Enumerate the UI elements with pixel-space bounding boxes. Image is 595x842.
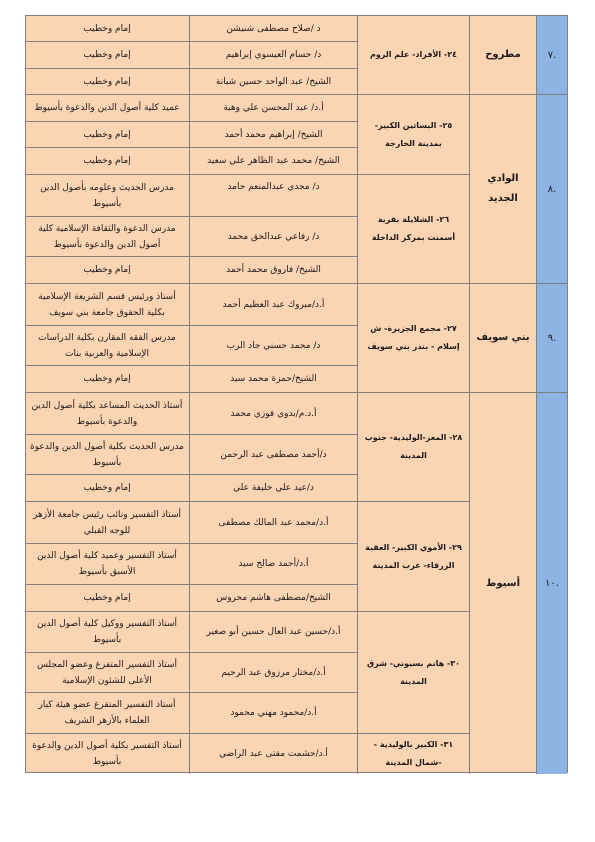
person-name: أ.د/محمد عبد المالك مصطفى (189, 502, 357, 544)
person-title: أستاذ التفسير المتفرغ وعضو المجلس الأعلى… (25, 653, 189, 693)
person-name: الشيخ/ إبراهيم محمد أحمد (189, 122, 357, 148)
mosque-cell: ٢٤- الأفراد- علم الروم (357, 16, 469, 95)
person-name: أ.د/ عبد المحسن علي وهبة (189, 95, 357, 122)
row-number: .٧ (536, 16, 567, 95)
person-name: أ.د/أحمد صالح سيد (189, 544, 357, 585)
person-name: د /صلاح مصطفى شنيشن (189, 16, 357, 42)
person-name: د/ محمد حسني جاد الرب (189, 326, 357, 366)
person-name: د/أحمد مصطفى عبد الرحمن (189, 435, 357, 475)
person-title: أستاذ التفسير ووكيل كلية أصول الدين بأسي… (25, 612, 189, 653)
person-title: إمام وخطيب (25, 585, 189, 612)
person-title: أستاذ ورئيس قسم الشريعة الإسلامية بكلية … (25, 284, 189, 326)
mosque-cell: ٣١- الكبير بالوليدية - -شمال المدينة (357, 734, 469, 774)
person-name: أ.د/مختار مرزوق عبد الرحيم (189, 653, 357, 693)
person-title: أستاذ التفسير ونائب رئيس جامعة الأزهر لل… (25, 502, 189, 544)
person-title: إمام وخطيب (25, 148, 189, 175)
person-name: د/ رفاعي عبدالحق محمد (189, 217, 357, 257)
person-name: أ.د/حسين عبد العال حسين أبو صغير (189, 612, 357, 653)
person-title: أستاذ التفسير بكلية أصول الدين والدعوة ب… (25, 734, 189, 774)
person-title: إمام وخطيب (25, 42, 189, 69)
governorate-cell: بني سويف (469, 284, 536, 393)
person-name: الشيخ/مصطفى هاشم محروس (189, 585, 357, 612)
person-title: عميد كلية أصول الدين والدعوة بأسيوط (25, 95, 189, 122)
governorate-cell: مطروح (469, 16, 536, 95)
mosque-cell: ٢٧- مجمع الجزيرة- ش إسلام - بندر بني سوي… (357, 284, 469, 393)
person-name: الشيخ/حمزة محمد سيد (189, 366, 357, 393)
governorate-cell: الوادي الجديد (469, 95, 536, 284)
person-name: الشيخ/ محمد عبد الظاهر علي سعيد (189, 148, 357, 175)
preachers-table: .٧ مطروح ٢٤- الأفراد- علم الروم د /صلاح … (25, 15, 568, 773)
person-title: إمام وخطيب (25, 69, 189, 95)
person-title: إمام وخطيب (25, 475, 189, 502)
person-title: إمام وخطيب (25, 257, 189, 284)
mosque-cell: ٣٠- هانم بسيوني- شرق المدينة (357, 612, 469, 734)
person-name: الشيخ/ فاروق محمد أحمد (189, 257, 357, 284)
person-name: أ.د/محمود مهني محمود (189, 693, 357, 734)
mosque-cell: ٢٨- المعز-الوليدية- جنوب المدينة (357, 393, 469, 502)
person-title: مدرس الحديث بكلية أصول الدين والدعوة بأس… (25, 435, 189, 475)
person-name: د/ حسام العيسوي إبراهيم (189, 42, 357, 69)
person-name: أ.د/مبروك عبد العظيم أحمد (189, 284, 357, 326)
mosque-cell: ٢٥- البساتين الكبير- بمدينة الخارجة (357, 95, 469, 175)
person-name: أ.د.م/بدوي فوزي محمد (189, 393, 357, 435)
person-name: د/عيد علي خليفة علي (189, 475, 357, 502)
person-title: مدرس الحديث وعلومه بأصول الدين بأسيوط (25, 175, 189, 217)
row-number: .٩ (536, 284, 567, 393)
person-title: أستاذ التفسير المتفرغ عضو هيئة كبار العل… (25, 693, 189, 734)
row-number: .١٠ (536, 393, 567, 774)
person-title: إمام وخطيب (25, 366, 189, 393)
person-title: أستاذ التفسير وعميد كلية أصول الدين الأس… (25, 544, 189, 585)
person-name: أ.د/حشمت مفتى عبد الراضي (189, 734, 357, 774)
person-name: د/ مجدي عبدالمنعم حامد (189, 175, 357, 217)
person-title: أستاذ الحديث المساعد بكلية أصول الدين وا… (25, 393, 189, 435)
person-title: مدرس الدعوة والثقافة الإسلامية كلية أصول… (25, 217, 189, 257)
person-title: إمام وخطيب (25, 16, 189, 42)
mosque-cell: ٢٦- الشلايلة بقرية أسمنت بمركز الداخلة (357, 175, 469, 284)
governorate-cell: أسيوط (469, 393, 536, 774)
person-title: مدرس الفقه المقارن بكلية الدراسات الإسلا… (25, 326, 189, 366)
person-name: الشيخ/ عبد الواحد حسين شبانة (189, 69, 357, 95)
person-title: إمام وخطيب (25, 122, 189, 148)
mosque-cell: ٢٩- الأموي الكبير- العقبة الزرقاء- غرب ا… (357, 502, 469, 612)
row-number: .٨ (536, 95, 567, 284)
